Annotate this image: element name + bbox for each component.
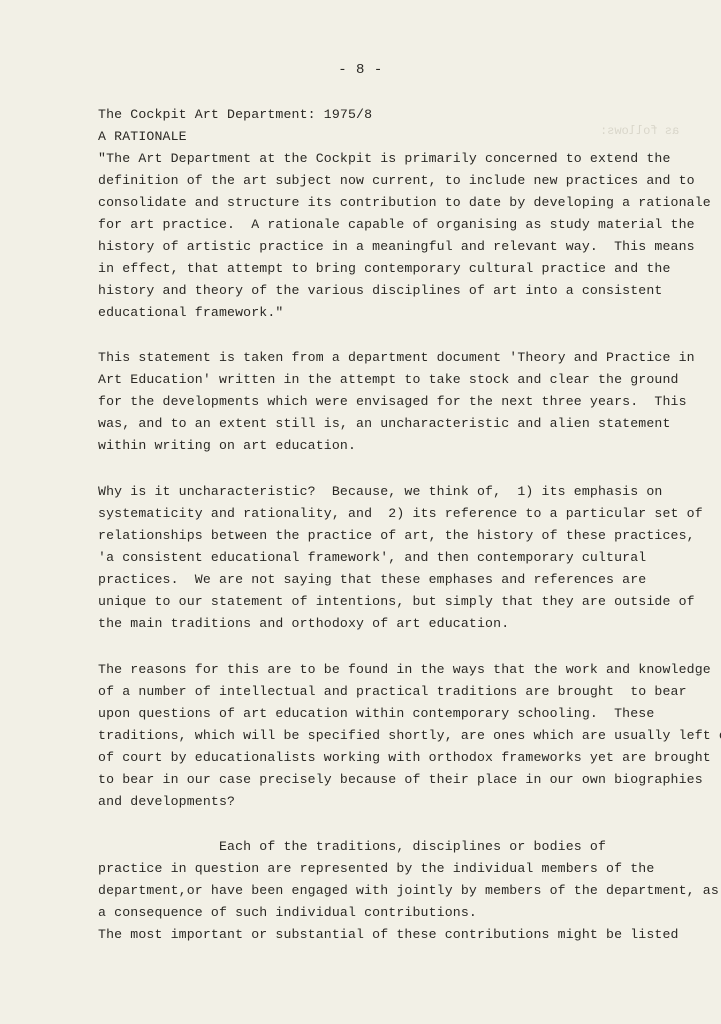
paragraph-line: unique to our statement of intentions, b… [98,594,695,610]
paragraph-line: systematicity and rationality, and 2) it… [98,506,703,522]
paragraph-line: The reasons for this are to be found in … [98,662,711,678]
document-subtitle: A RATIONALE [98,129,187,145]
paragraph-line: of a number of intellectual and practica… [98,684,687,700]
paragraph-line: for art practice. A rationale capable of… [98,217,695,233]
paragraph-line: definition of the art subject now curren… [98,173,695,189]
paragraph-line: practice in question are represented by … [98,861,654,877]
paragraph-line: history and theory of the various discip… [98,283,662,299]
paragraph-line: "The Art Department at the Cockpit is pr… [98,151,671,167]
paragraph-line: was, and to an extent still is, an uncha… [98,416,671,432]
paragraph-line: The most important or substantial of the… [98,927,679,943]
paragraph-line: in effect, that attempt to bring contemp… [98,261,671,277]
paragraph-line: upon questions of art education within c… [98,706,654,722]
bleed-through-text: as follows: [600,124,679,138]
paragraph-line: This statement is taken from a departmen… [98,350,695,366]
paragraph-line: the main traditions and orthodoxy of art… [98,616,509,632]
paragraph-line: within writing on art education. [98,438,356,454]
paragraph-line: relationships between the practice of ar… [98,528,695,544]
paragraph-line: of court by educationalists working with… [98,750,711,766]
paragraph-line: to bear in our case precisely because of… [98,772,703,788]
paragraph-line: traditions, which will be specified shor… [98,728,721,744]
paragraph-line: consolidate and structure its contributi… [98,195,711,211]
paragraph-line: Each of the traditions, disciplines or b… [98,839,606,855]
paragraph-line: Why is it uncharacteristic? Because, we … [98,484,662,500]
paragraph-line: history of artistic practice in a meanin… [98,239,695,255]
paragraph-line: Art Education' written in the attempt to… [98,372,679,388]
paragraph-line: a consequence of such individual contrib… [98,905,477,921]
paragraph-line: and developments? [98,794,235,810]
paragraph-line: 'a consistent educational framework', an… [98,550,646,566]
paragraph-line: educational framework." [98,305,283,321]
page-number: - 8 - [0,62,721,78]
document-page: as follows: - 8 - The Cockpit Art Depart… [0,0,721,1024]
paragraph-line: for the developments which were envisage… [98,394,687,410]
document-title: The Cockpit Art Department: 1975/8 [98,107,372,123]
paragraph-line: department,or have been engaged with joi… [98,883,719,899]
paragraph-line: practices. We are not saying that these … [98,572,646,588]
